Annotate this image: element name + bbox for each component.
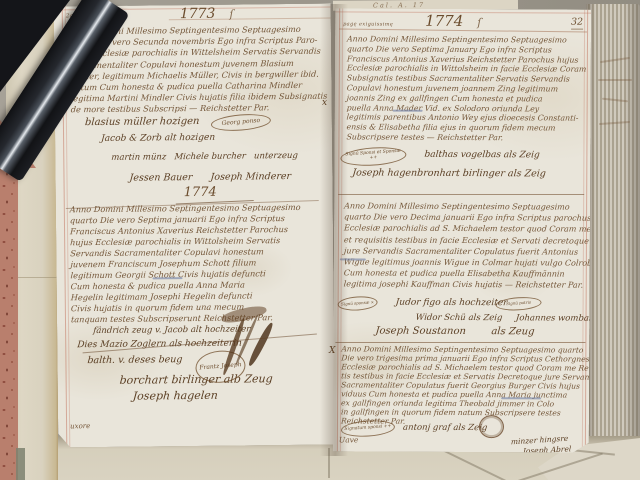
signature: martin münz Michele burcher unterzeug <box>111 151 298 163</box>
page-stack-edge <box>586 4 640 466</box>
signature: Joseph Abrel <box>523 444 572 452</box>
left-page: 2a. vage quatrieme 1773ſ * Anno Domini M… <box>54 4 336 448</box>
entry-separator <box>335 342 585 343</box>
ink-flourish: ſ <box>229 8 233 21</box>
edge-writing-mark <box>598 79 632 81</box>
handwritten-line: tanquam testes Subscripserunt Reichstett… <box>71 312 327 326</box>
signature: Judor figo als hochzeiter <box>395 298 591 309</box>
edge-writing-mark <box>599 121 630 125</box>
signature: Joseph hagelen <box>132 388 273 402</box>
page-number: 32 <box>571 17 583 30</box>
pencil-underline <box>501 397 541 399</box>
year-text: 1773 <box>180 6 216 22</box>
pencil-underline <box>393 110 423 112</box>
marriage-record-jan7: Anno Domini Millesimo Septingentesimo Se… <box>346 34 585 143</box>
handwritten-line: quarto Die vero Septima January Ego infr… <box>347 44 586 55</box>
marriage-record-jan10: Anno Domini Millesimo Septingentesimo Se… <box>344 200 586 291</box>
signature-block-jan10: Judor figo als hochzeiterWidor Schü als … <box>369 298 591 338</box>
entry-separator <box>338 194 584 195</box>
pencil-underline <box>153 277 183 279</box>
right-year-title: 1774ſ <box>425 12 481 30</box>
register-photo: Cal. A. 17 2a. vage quatrieme 1773ſ * An… <box>0 0 640 480</box>
fragment-text: Cal. A. 17 <box>373 0 518 9</box>
mid-year-title: 1774 <box>184 185 217 200</box>
signature-block-jan31: antonj graf als Zeigminzer hingsreJoseph… <box>403 423 572 453</box>
handwritten-line: Subscripsere testes — Reichstetter Par. <box>346 132 585 143</box>
edge-writing-mark <box>602 98 628 103</box>
right-header-note: pagę exiguissimę <box>343 21 393 27</box>
signature: Widor Schü als Zeig Johannes wombas <box>415 313 591 324</box>
ink-smudge <box>225 312 286 383</box>
book-gutter-shadow <box>320 4 348 456</box>
handwritten-line: de more testibus Subscripsi — Reichstett… <box>70 102 323 116</box>
margin-x-mark: x <box>322 98 327 108</box>
marriage-record-1774: Anno Domini Millesimo Septingentesimo Se… <box>70 202 326 326</box>
signature: Jacob & Zorb alt hozigen <box>101 132 298 144</box>
ink-flourish: ſ <box>477 16 481 29</box>
signature: balthas vogelbas als Zeig <box>424 150 546 161</box>
handwritten-line: Ecclesiæ parochialis ad S. Michaelem tes… <box>344 223 587 235</box>
margin-x-mark: X <box>329 346 335 356</box>
left-year-title: 1773ſ <box>180 6 234 23</box>
signature: Joseph Soustanon als Zeug <box>375 326 591 338</box>
right-page: pagę exiguissimę 1774ſ 32 Anno Domini Mi… <box>333 8 591 452</box>
signature: Joseph hagenbronhart birlinger als Zeig <box>352 167 547 179</box>
marriage-record-jan31: Anno Domini Millesimo Septingentesimo Se… <box>341 344 585 426</box>
handwritten-line: legitima josephi Kauffman Civis hujatis … <box>343 279 586 291</box>
handwritten-line: joannis Zing ex gallfingen Cum honesta e… <box>346 93 585 104</box>
margin-note: uxore <box>70 422 90 430</box>
signature: antonj graf als Zeig <box>403 423 572 434</box>
signature-block-jan7: balthas vogelbas als ZeigJoseph hagenbro… <box>350 149 546 179</box>
edge-writing-mark <box>600 57 630 63</box>
year-text: 1774 <box>425 12 463 30</box>
signature: Jessen Bauer Joseph Minderer <box>129 171 298 184</box>
signature-block-1773: blasius müller hozigenJacob & Zorb alt h… <box>83 115 298 184</box>
cover-band <box>16 448 25 480</box>
